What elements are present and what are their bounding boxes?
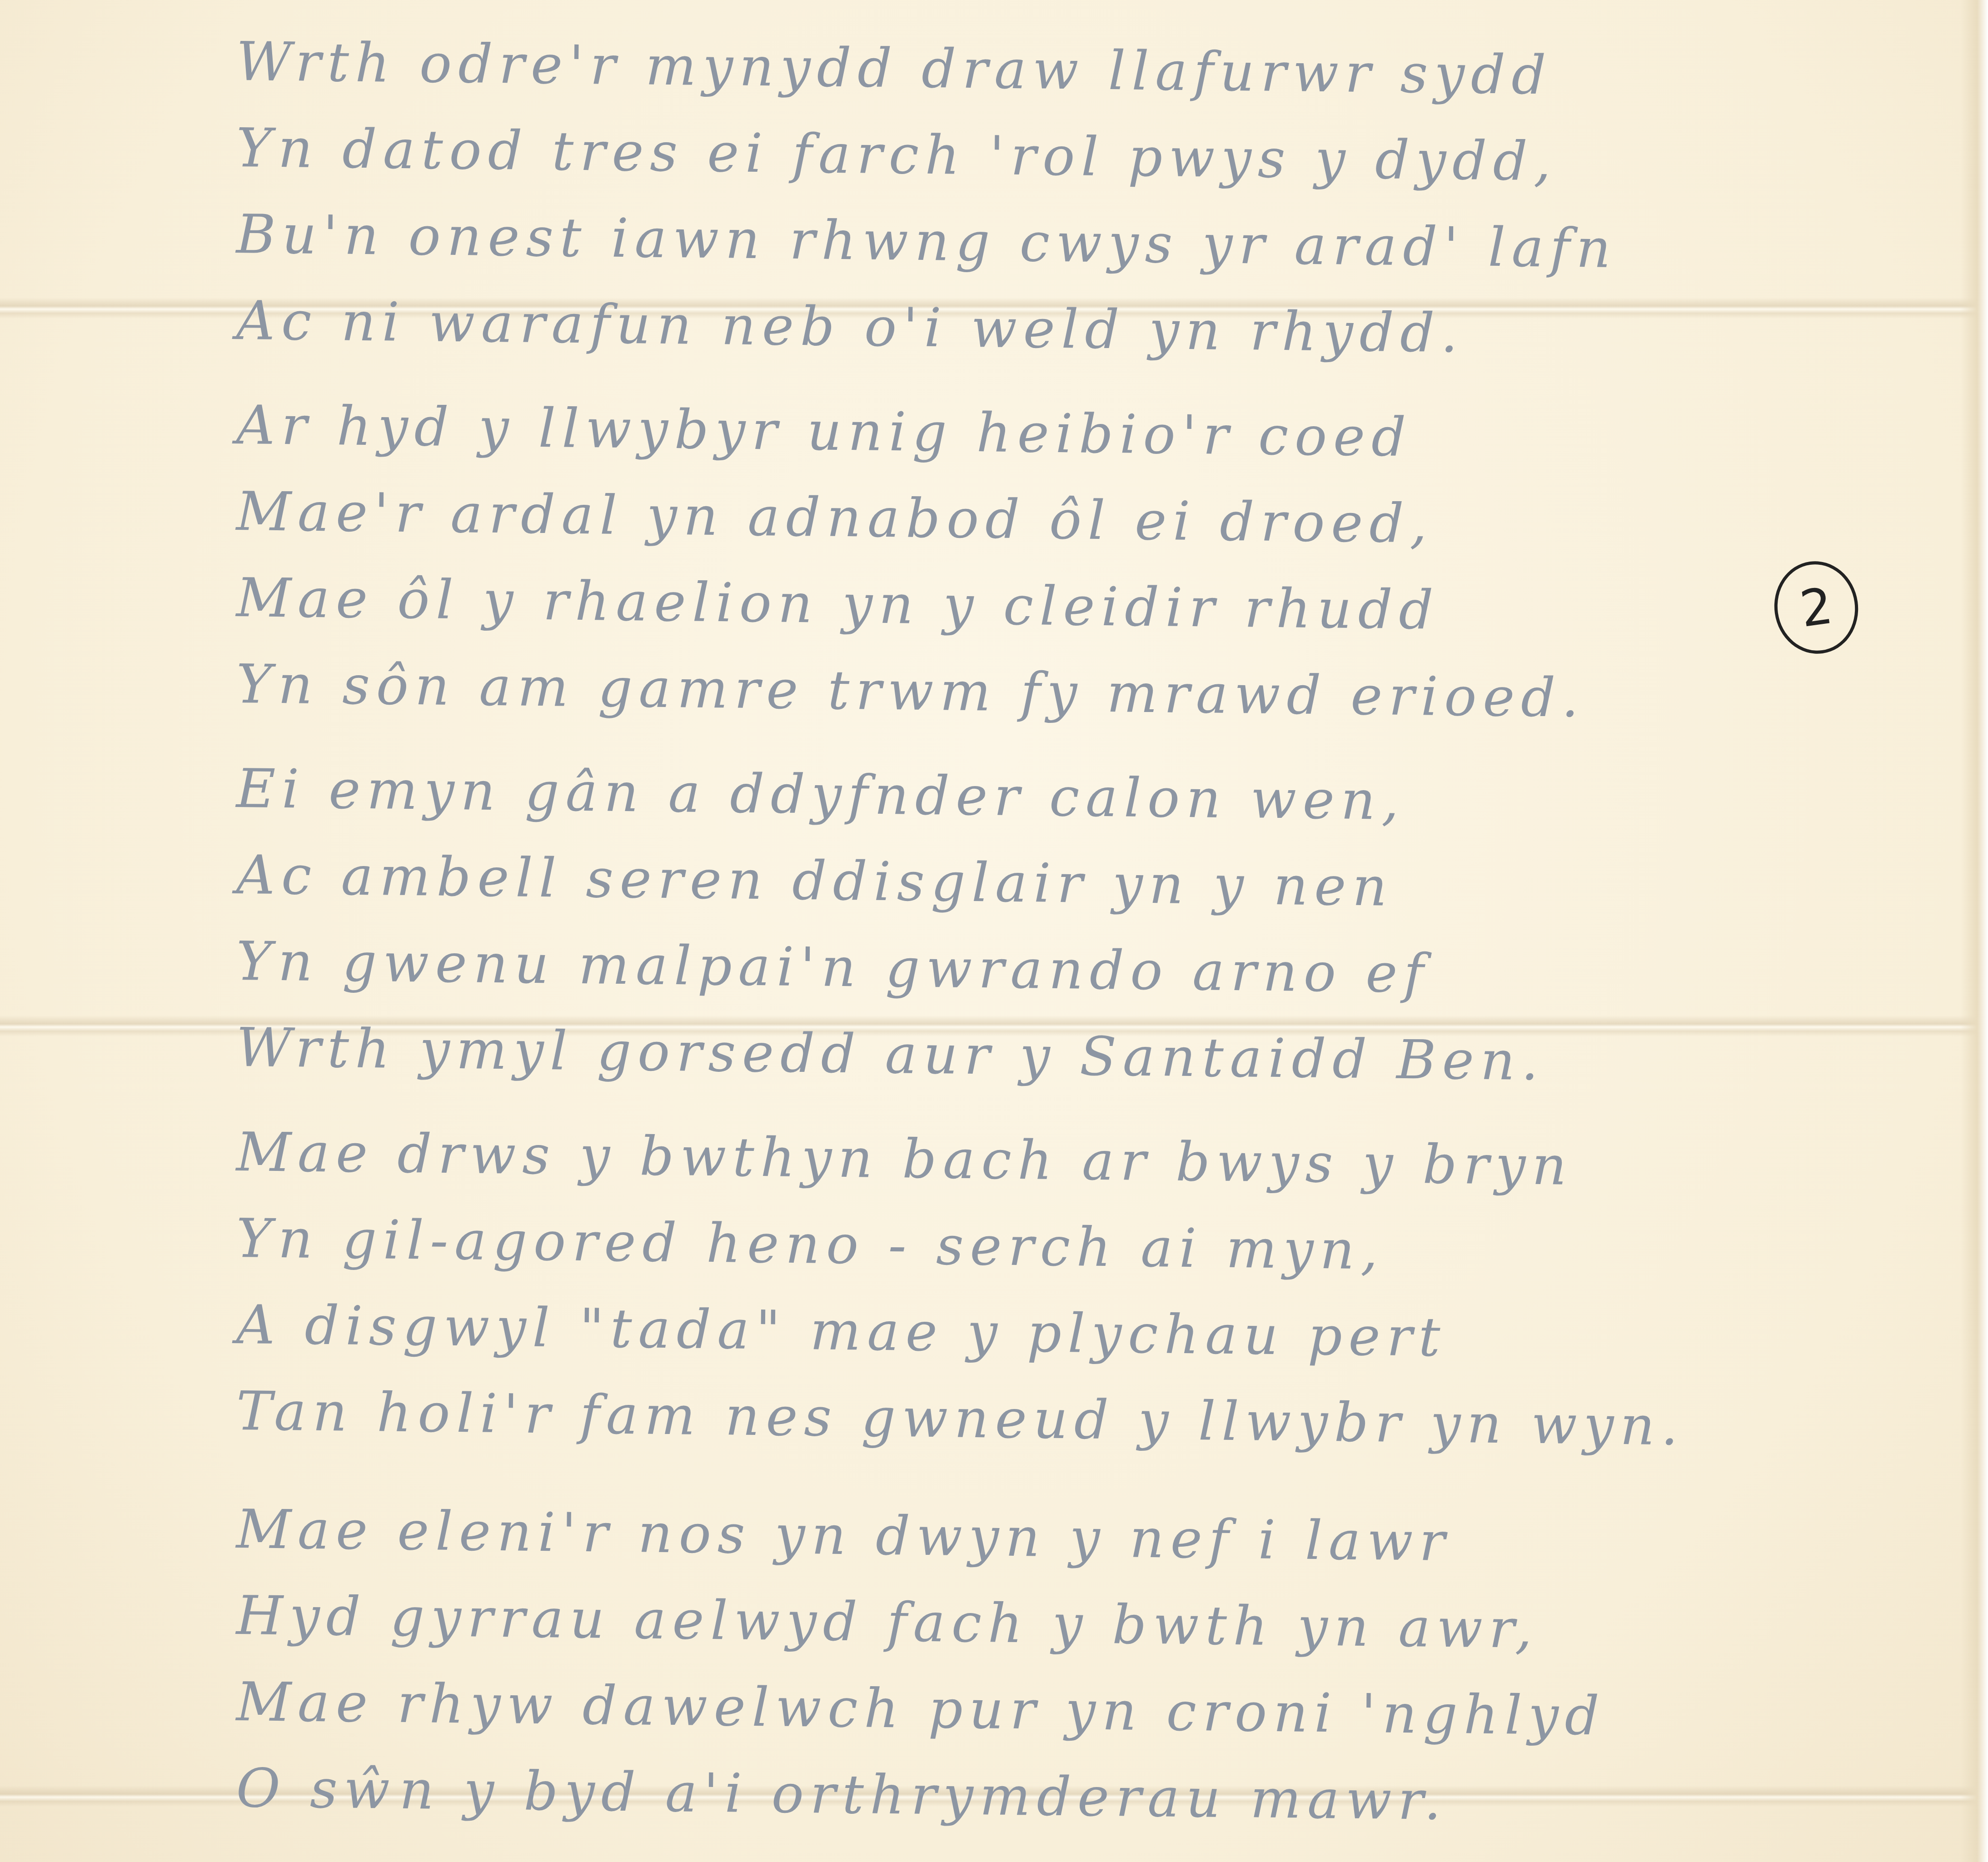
poem-line: Ac ni warafun neb o'i weld yn rhydd. — [236, 277, 1918, 381]
poem-line: Yn sôn am gamre trwm fy mrawd erioed. — [236, 641, 1918, 745]
poem-line: Bu'n onest iawn rhwng cwys yr arad' lafn — [236, 191, 1918, 295]
poem-line: A disgwyl "tada" mae y plychau pert — [236, 1281, 1918, 1385]
poem-line: Yn gwenu malpai'n gwrando arno ef — [236, 918, 1918, 1022]
poem-line: Ar hyd y llwybyr unig heibio'r coed — [236, 382, 1918, 486]
poem-line: Wrth ymyl gorsedd aur y Santaidd Ben. — [236, 1004, 1918, 1108]
paper-edge — [1961, 0, 1988, 1862]
poem-line: Mae ôl y rhaelion yn y cleidir rhudd — [236, 554, 1918, 658]
poem-line: O sŵn y byd a'i orthrymderau mawr. — [236, 1745, 1918, 1849]
poem-line: Ei emyn gân a ddyfnder calon wen, — [236, 745, 1918, 849]
poem-line: Mae eleni'r nos yn dwyn y nef i lawr — [236, 1486, 1918, 1590]
poem-line: Tan holi'r fam nes gwneud y llwybr yn wy… — [236, 1368, 1918, 1472]
stanza-5: Mae eleni'r nos yn dwyn y nef i lawr Hyd… — [236, 1486, 1918, 1831]
poem-line: Yn datod tres ei farch 'rol pwys y dydd, — [236, 105, 1918, 209]
stanza-4: Mae drws y bwthyn bach ar bwys y bryn Yn… — [236, 1109, 1918, 1454]
poem-line: Mae drws y bwthyn bach ar bwys y bryn — [236, 1109, 1918, 1213]
poem-line: Yn gil-agored heno - serch ai myn, — [236, 1195, 1918, 1299]
poem-line: Mae rhyw dawelwch pur yn croni 'nghlyd — [236, 1658, 1918, 1762]
poem-line: Wrth odre'r mynydd draw llafurwr sydd — [236, 18, 1918, 122]
stanza-2: Ar hyd y llwybyr unig heibio'r coed Mae'… — [236, 382, 1918, 727]
poem-line: Mae'r ardal yn adnabod ôl ei droed, — [236, 468, 1918, 572]
stanza-1: Wrth odre'r mynydd draw llafurwr sydd Yn… — [236, 18, 1918, 363]
stanza-3: Ei emyn gân a ddyfnder calon wen, Ac amb… — [236, 745, 1918, 1090]
handwritten-poem: Wrth odre'r mynydd draw llafurwr sydd Yn… — [236, 18, 1918, 1831]
poem-line: Hyd gyrrau aelwyd fach y bwth yn awr, — [236, 1572, 1918, 1676]
poem-line: Ac ambell seren ddisglair yn y nen — [236, 831, 1918, 936]
